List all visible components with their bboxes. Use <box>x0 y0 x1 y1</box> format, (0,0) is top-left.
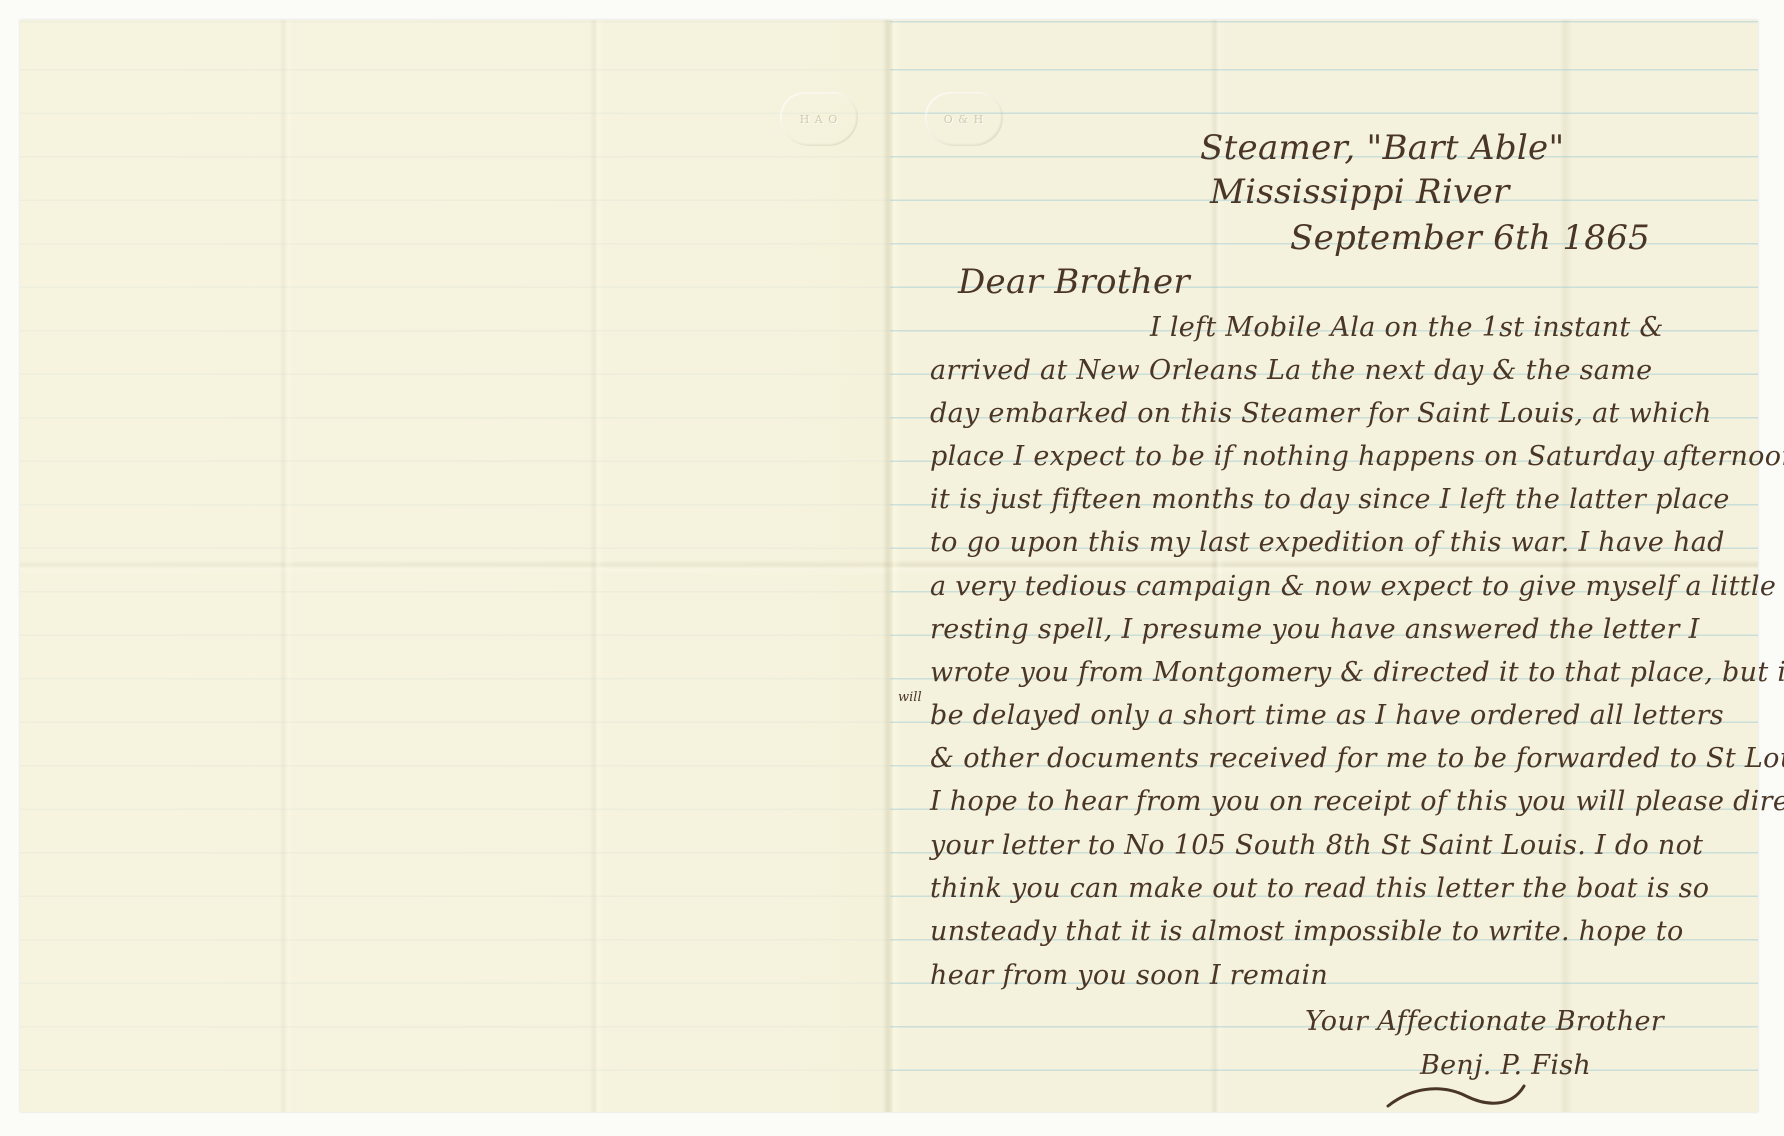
closing: Your Affectionate Brother <box>1305 1006 1664 1037</box>
signature: Benj. P. Fish <box>1420 1050 1591 1081</box>
signature-flourish <box>1386 1080 1526 1110</box>
body-line: I hope to hear from you on receipt of th… <box>930 786 1784 817</box>
body-line: day embarked on this Steamer for Saint L… <box>930 398 1712 429</box>
body-line: wrote you from Montgomery & directed it … <box>930 657 1784 688</box>
heading-date: September 6th 1865 <box>1290 218 1650 258</box>
body-line: be delayed only a short time as I have o… <box>930 700 1724 731</box>
margin-insertion: will <box>898 690 922 705</box>
heading-vessel: Steamer, "Bart Able" <box>1200 128 1564 168</box>
body-line: your letter to No 105 South 8th St Saint… <box>930 830 1703 861</box>
body-line: resting spell, I presume you have answer… <box>930 614 1700 645</box>
body-line: arrived at New Orleans La the next day &… <box>930 355 1652 386</box>
body-line: I left Mobile Ala on the 1st instant & <box>1150 312 1664 343</box>
body-line: to go upon this my last expedition of th… <box>930 527 1725 558</box>
scan-background: H A O O & H Steamer, "Bart Able" Mississ… <box>0 0 1784 1136</box>
embossed-stationer-mark: H A O <box>780 92 858 146</box>
embossed-stationer-mark: O & H <box>925 92 1003 146</box>
body-line: hear from you soon I remain <box>930 960 1328 991</box>
body-line: think you can make out to read this lett… <box>930 873 1709 904</box>
salutation: Dear Brother <box>958 262 1190 302</box>
body-line: unsteady that it is almost impossible to… <box>930 916 1684 947</box>
heading-location: Mississippi River <box>1210 172 1510 212</box>
body-line: a very tedious campaign & now expect to … <box>930 571 1776 602</box>
faint-ruling <box>20 20 890 1112</box>
body-line: it is just fifteen months to day since I… <box>930 484 1730 515</box>
blank-left-page <box>20 20 890 1112</box>
body-line: place I expect to be if nothing happens … <box>930 441 1784 472</box>
body-line: & other documents received for me to be … <box>930 743 1784 774</box>
